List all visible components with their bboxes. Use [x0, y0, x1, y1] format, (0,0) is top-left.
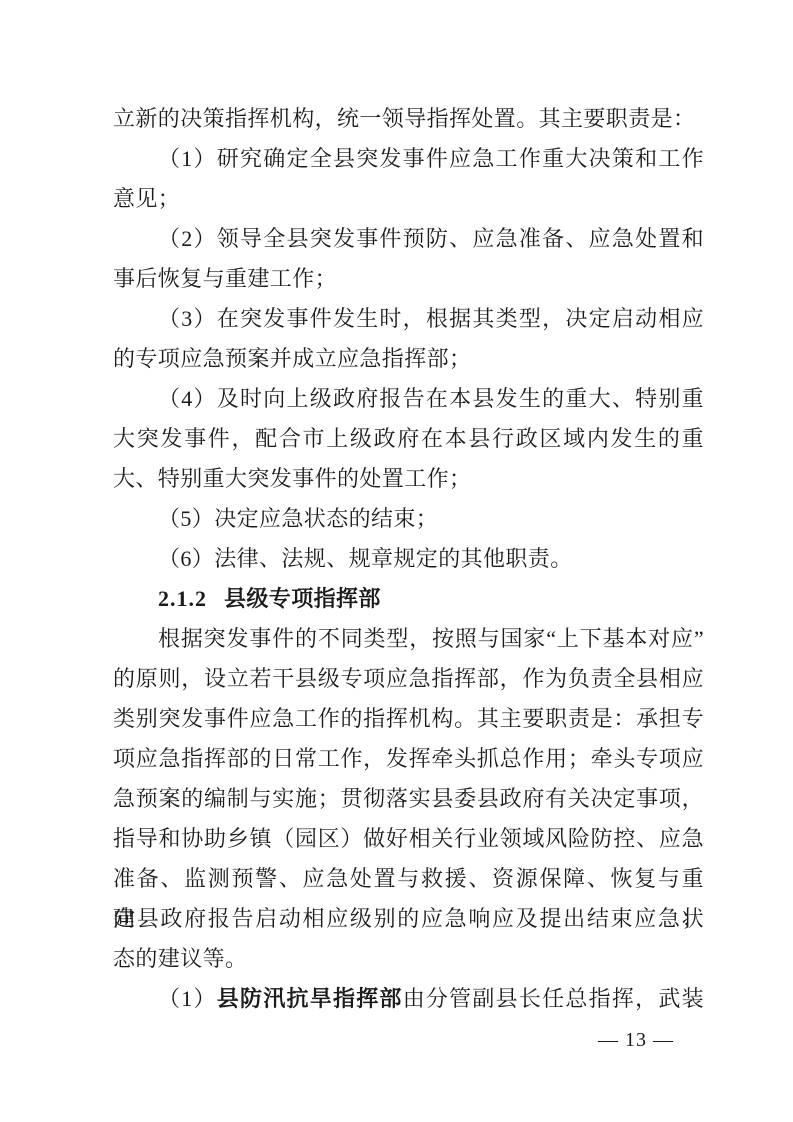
- body-line: （1）研究确定全县突发事件应急工作重大决策和工作: [113, 139, 704, 179]
- section-heading: 2.1.2县级专项指挥部: [113, 579, 704, 619]
- body-line: 意见；: [113, 179, 704, 219]
- line-text: 由分管副县长任总指挥，武装: [403, 986, 704, 1011]
- body-line: （1）县防汛抗旱指挥部由分管副县长任总指挥，武装: [113, 979, 704, 1019]
- body-line: 立新的决策指挥机构，统一领导指挥处置。其主要职责是：: [113, 99, 704, 139]
- body-line: 大突发事件，配合市上级政府在本县行政区域内发生的重: [113, 419, 704, 459]
- document-page: { "colors": { "background": "#ffffff", "…: [0, 0, 793, 1122]
- body-line: 指导和协助乡镇（园区）做好相关行业领域风险防控、应急: [113, 819, 704, 859]
- body-line: 准备、监测预警、应急处置与救援、资源保障、恢复与重建；: [113, 859, 704, 899]
- body-line: 向县政府报告启动相应级别的应急响应及提出结束应急状: [113, 899, 704, 939]
- body-line: （3）在突发事件发生时，根据其类型，决定启动相应: [113, 299, 704, 339]
- body-line: 大、特别重大突发事件的处置工作；: [113, 459, 704, 499]
- body-line: （4）及时向上级政府报告在本县发生的重大、特别重: [113, 379, 704, 419]
- page-number: — 13 —: [598, 1029, 674, 1052]
- body-line: 项应急指挥部的日常工作，发挥牵头抓总作用；牵头专项应: [113, 739, 704, 779]
- section-title: 县级专项指挥部: [224, 586, 381, 611]
- list-item-marker: （1）: [158, 986, 217, 1011]
- bold-term: 县防汛抗旱指挥部: [217, 986, 403, 1011]
- body-line: （2）领导全县突发事件预防、应急准备、应急处置和: [113, 219, 704, 259]
- body-line: 类别突发事件应急工作的指挥机构。其主要职责是：承担专: [113, 699, 704, 739]
- body-line: 的专项应急预案并成立应急指挥部；: [113, 339, 704, 379]
- body-line: 态的建议等。: [113, 939, 704, 979]
- body-line: （5）决定应急状态的结束；: [113, 499, 704, 539]
- document-body: 立新的决策指挥机构，统一领导指挥处置。其主要职责是： （1）研究确定全县突发事件…: [113, 99, 704, 1019]
- body-line: （6）法律、法规、规章规定的其他职责。: [113, 539, 704, 579]
- body-line: 根据突发事件的不同类型，按照与国家“上下基本对应”: [113, 619, 704, 659]
- body-line: 急预案的编制与实施；贯彻落实县委县政府有关决定事项，: [113, 779, 704, 819]
- section-number: 2.1.2: [158, 586, 207, 611]
- body-line: 事后恢复与重建工作；: [113, 259, 704, 299]
- body-line: 的原则，设立若干县级专项应急指挥部，作为负责全县相应: [113, 659, 704, 699]
